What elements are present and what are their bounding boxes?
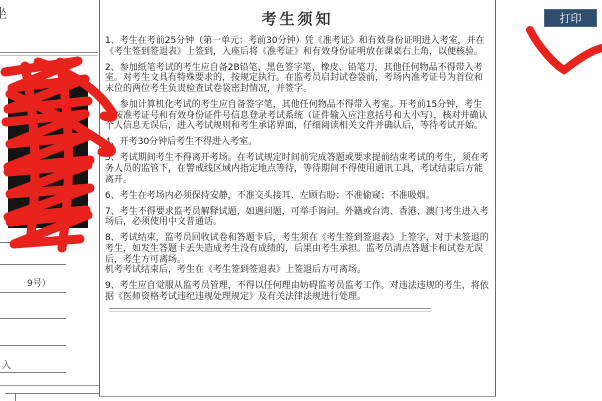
- form-field-line: [0, 264, 66, 265]
- notice-item-4: 4、开考30分钟后考生不得进入考室。: [105, 137, 489, 148]
- notice-body: 1、考生在考前25分钟（第一单元：考前30分钟）凭《准考证》和有效身份证明进入考…: [100, 29, 495, 312]
- print-button[interactable]: 打印: [544, 9, 597, 27]
- form-header-rule: [0, 52, 98, 56]
- form-table-edge: [5, 393, 99, 394]
- clipped-field-text: 9号）: [27, 276, 51, 289]
- examinee-photo: [8, 86, 88, 228]
- clipped-char: 入: [2, 358, 11, 371]
- notice-item-8: 8、考试结束，监考员回收试卷和答题卡后，考生须在《考生签到签退表》上签字，对于未…: [105, 233, 489, 275]
- notice-item-9: 9、考生应自觉服从监考员管理，不得以任何理由妨碍监考员监考工作。对违法违规的考生…: [105, 281, 489, 302]
- notice-item-3: 3、参加计算机化考试的考生应自备签字笔，其他任何物品不得带入考室。开考前15分钟…: [105, 100, 489, 132]
- form-field-line: [0, 318, 66, 319]
- notice-title: 考生须知: [100, 8, 495, 29]
- form-field-line: [0, 292, 66, 293]
- notice-panel: 考生须知 1、考生在考前25分钟（第一单元：考前30分钟）凭《准考证》和有效身份…: [99, 0, 496, 397]
- clipped-header-text: 坐: [0, 3, 7, 22]
- notice-bottom-divider: [109, 308, 431, 312]
- notice-item-7: 7、考生不得要求监考员解释试题，如遇问题，可举手询问。外籍或台湾、香港、澳门考生…: [105, 207, 489, 228]
- print-preview-page: 坐 9号） 入 考生须知 1、考生在考前25分钟（第一单元：考前30分钟）凭《准…: [0, 0, 602, 401]
- red-checkmark-annotation: [512, 22, 602, 84]
- form-field-line: [0, 242, 66, 243]
- form-table-tick: [15, 393, 16, 401]
- form-wide-rule: [0, 385, 106, 386]
- notice-item-2: 2、参加纸笔考试的考生应自备2B铅笔、黑色签字笔、橡皮、铅笔刀，其他任何物品不得…: [105, 63, 489, 95]
- form-field-line: [0, 372, 66, 373]
- notice-item-6: 6、考生在考场内必须保持安静，不准交头接耳、左顾右盼；不准偷窥；不准吸烟。: [105, 191, 489, 202]
- notice-item-5: 5、考试期间考生不得离开考场。在考试规定时间前完成答题或要求提前结束考试的考生，…: [105, 153, 489, 185]
- notice-item-1: 1、考生在考前25分钟（第一单元：考前30分钟）凭《准考证》和有效身份证明进入考…: [105, 36, 489, 57]
- form-field-line: [0, 345, 66, 346]
